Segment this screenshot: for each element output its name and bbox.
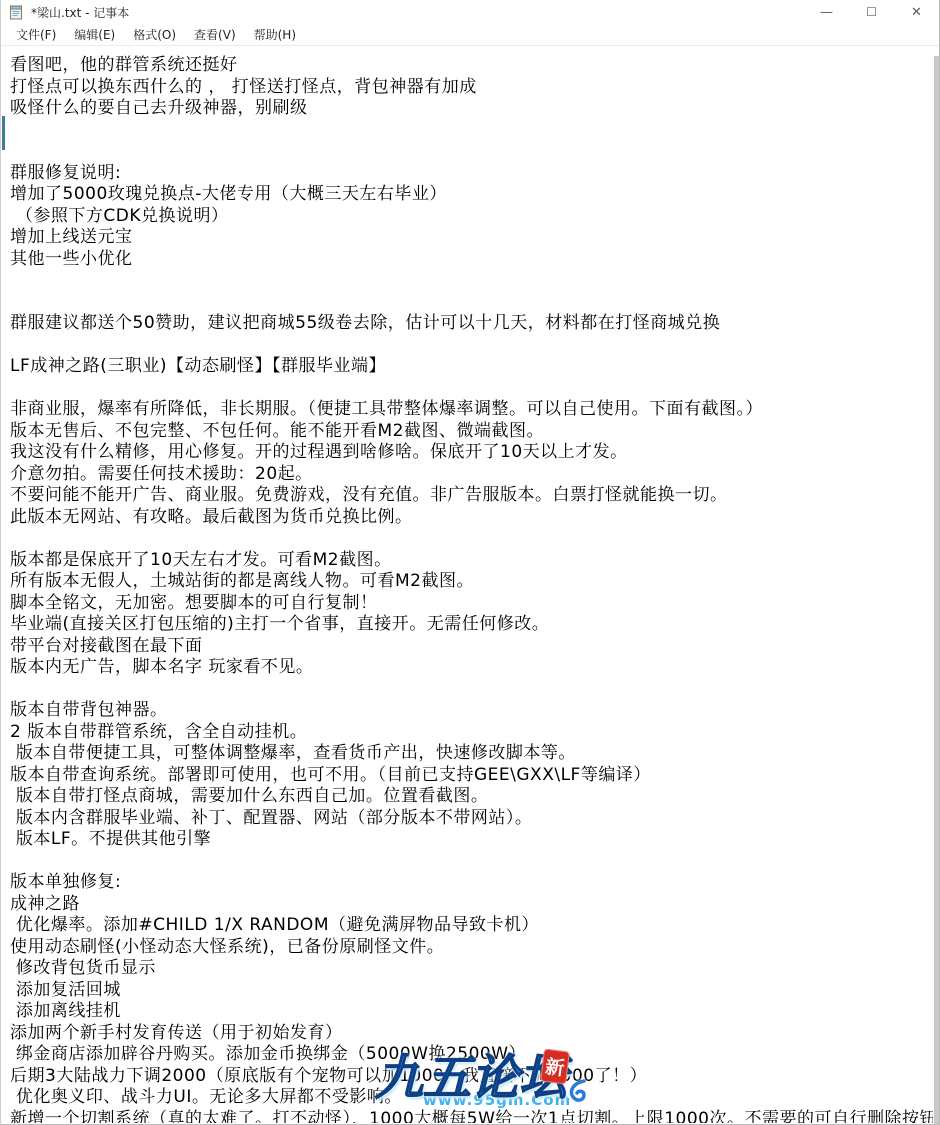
text-line [10, 378, 933, 400]
text-line: 版本自带背包神器。 [10, 700, 933, 722]
text-line: 带平台对接截图在最下面 [10, 636, 933, 658]
text-line: 版本无售后、不包完整、不包任何。能不能开看M2截图、微端截图。 [10, 421, 933, 443]
text-line: 绑金商店添加辟谷丹购买。添加金币换绑金（5000W换2500W） [10, 1044, 933, 1066]
text-line [10, 120, 933, 142]
menu-help[interactable]: 帮助(H) [248, 24, 302, 45]
text-line: LF成神之路(三职业)【动态刷怪】【群服毕业端】 [10, 356, 933, 378]
text-line [10, 292, 933, 314]
text-line: 版本自带打怪点商城，需要加什么东西自己加。位置看截图。 [10, 786, 933, 808]
window-controls: — ☐ ✕ [804, 0, 939, 24]
menu-bar: 文件(F) 编辑(E) 格式(O) 查看(V) 帮助(H) [1, 24, 939, 46]
text-line: （参照下方CDK兑换说明） [10, 206, 933, 228]
text-line: 新增一个切割系统（真的太难了。打不动怪），1000大概每5W给一次1点切割。上限… [10, 1109, 933, 1124]
menu-view[interactable]: 查看(V) [188, 24, 242, 45]
maximize-button[interactable]: ☐ [849, 0, 894, 24]
text-line: 优化爆率。添加#CHILD 1/X RANDOM（避免满屏物品导致卡机） [10, 915, 933, 937]
text-line: 增加了5000玫瑰兑换点-大佬专用（大概三天左右毕业） [10, 184, 933, 206]
text-line: 不要问能不能开广告、商业服。免费游戏，没有充值。非广告服版本。白票打怪就能换一切… [10, 485, 933, 507]
close-button[interactable]: ✕ [894, 0, 939, 24]
text-line [10, 335, 933, 357]
text-line: 所有版本无假人，土城站街的都是离线人物。可看M2截图。 [10, 571, 933, 593]
vertical-scrollbar[interactable] [934, 56, 939, 1124]
text-line [10, 851, 933, 873]
text-line: 使用动态刷怪(小怪动态大怪系统)，已备份原刷怪文件。 [10, 937, 933, 959]
text-line: 其他一些小优化 [10, 249, 933, 271]
text-line [10, 141, 933, 163]
menu-edit[interactable]: 编辑(E) [68, 24, 121, 45]
text-line: 介意勿拍。需要任何技术援助：20起。 [10, 464, 933, 486]
text-line: 版本单独修复: [10, 872, 933, 894]
text-content: 看图吧，他的群管系统还挺好打怪点可以换东西什么的 ， 打怪送打怪点，背包神器有加… [10, 55, 933, 1123]
text-line: 2 版本自带群管系统，含全自动挂机。 [10, 722, 933, 744]
text-line: 版本自带查询系统。部署即可使用，也可不用。（目前已支持GEE\GXX\LF等编译… [10, 765, 933, 787]
text-line: 我这没有什么精修，用心修复。开的过程遇到啥修啥。保底开了10天以上才发。 [10, 442, 933, 464]
text-line: 版本内含群服毕业端、补丁、配置器、网站（部分版本不带网站）。 [10, 808, 933, 830]
menu-format[interactable]: 格式(O) [127, 24, 182, 45]
text-line: 修改背包货币显示 [10, 958, 933, 980]
text-line: 毕业端(直接关区打包压缩的)主打一个省事，直接开。无需任何修改。 [10, 614, 933, 636]
text-line: 添加离线挂机 [10, 1001, 933, 1023]
text-line: 群服修复说明: [10, 163, 933, 185]
text-line: 版本内无广告，脚本名字 玩家看不见。 [10, 657, 933, 679]
text-line: 增加上线送元宝 [10, 227, 933, 249]
text-line [10, 679, 933, 701]
text-line [10, 528, 933, 550]
text-line: 打怪点可以换东西什么的 ， 打怪送打怪点，背包神器有加成 [10, 77, 933, 99]
menu-file[interactable]: 文件(F) [10, 24, 62, 45]
text-line: 脚本全铭文，无加密。想要脚本的可自行复制！ [10, 593, 933, 615]
text-line: 版本都是保底开了10天左右才发。可看M2截图。 [10, 550, 933, 572]
text-line: 群服建议都送个50赞助，建议把商城55级卷去除，估计可以十几天，材料都在打怪商城… [10, 313, 933, 335]
minimize-button[interactable]: — [804, 0, 849, 24]
text-line: 看图吧，他的群管系统还挺好 [10, 55, 933, 77]
text-line: 添加两个新手村发育传送（用于初始发育） [10, 1023, 933, 1045]
text-line: 版本自带便捷工具，可整体调整爆率，查看货币产出，快速修改脚本等。 [10, 743, 933, 765]
window-title: *梁山.txt - 记事本 [31, 4, 129, 21]
title-bar[interactable]: *梁山.txt - 记事本 — ☐ ✕ [1, 0, 939, 24]
text-line: 后期3大陆战力下调2000（原底版有个宠物可以加1000，我直接下调2000了！… [10, 1066, 933, 1088]
text-editor-area[interactable]: 看图吧，他的群管系统还挺好打怪点可以换东西什么的 ， 打怪送打怪点，背包神器有加… [2, 47, 933, 1123]
text-line [10, 270, 933, 292]
selection-highlight [2, 116, 5, 150]
notepad-icon [8, 4, 24, 20]
text-line: 版本LF。不提供其他引擎 [10, 829, 933, 851]
text-line: 非商业服，爆率有所降低，非长期服。（便捷工具带整体爆率调整。可以自己使用。下面有… [10, 399, 933, 421]
text-line: 成神之路 [10, 894, 933, 916]
text-line: 添加复活回城 [10, 980, 933, 1002]
text-line: 吸怪什么的要自己去升级神器，别刷级 [10, 98, 933, 120]
text-line: 此版本无网站、有攻略。最后截图为货币兑换比例。 [10, 507, 933, 529]
text-line: 优化奥义印、战斗力UI。无论多大屏都不受影响。 [10, 1087, 933, 1109]
notepad-window: *梁山.txt - 记事本 — ☐ ✕ 文件(F) 编辑(E) 格式(O) 查看… [0, 0, 940, 1125]
